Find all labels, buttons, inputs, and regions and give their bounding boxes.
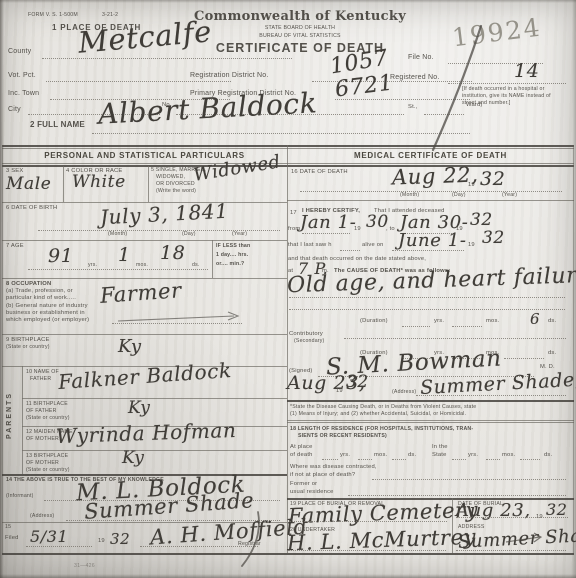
dotted-line [456,516,568,518]
date-of-birth-value: July 3, 1841 [99,199,229,230]
mother-birthplace-label: OF MOTHER [26,460,59,466]
dotted-line [424,113,464,115]
attended-from-value: Jan 1- [300,212,356,233]
dotted-line [322,458,338,460]
rule-line [22,398,287,399]
rule-line [2,240,287,241]
last-saw-label: that I last saw h [288,242,332,248]
dotted-line [289,296,565,298]
certify-item-number: 17 [290,210,297,216]
cause-footnote: (1) Means of Injury; and (2) whether Acc… [290,411,466,417]
filed-label: Filed [5,535,19,541]
dotted-line [372,478,566,480]
dotted-line [344,337,566,339]
last-saw-year: 32 [482,228,505,248]
age-years-value: 91 [48,245,73,267]
full-name-value: Albert Baldock [97,86,318,130]
year-sublabel: (Year) [232,231,247,237]
marital-label: OR DIVORCED [156,181,195,187]
occupation-line: particular kind of work..... [6,295,76,301]
rule-line [212,240,213,278]
ds-label: ds. [548,350,556,356]
in-the-state-label: In the [432,444,448,450]
filed-item-number: 15 [5,524,11,530]
sex-value: Male [6,174,51,194]
dotted-line [28,268,208,270]
father-name-label: 10 NAME OF [26,369,59,375]
year-prefix: 19 [468,182,475,188]
occupation-line: (b) General nature of industry [6,303,88,309]
scan-edge [0,574,576,578]
occupation-line: which employed (or employer) [6,317,89,323]
date-of-death-label: 16 DATE OF DEATH [291,169,348,175]
rule-line [63,166,64,202]
inc-town-label: Inc. Town [8,90,39,97]
attended-to-year: 32 [470,210,493,230]
signed-address-label: (Address) [392,389,416,395]
medical-section-title: MEDICAL CERTIFICATE OF DEATH [287,151,574,160]
year-prefix: 19 [354,226,361,232]
rule-line [22,366,23,474]
age-if-less-note: 1 day.... hrs. [216,252,248,258]
dotted-line [520,458,540,460]
birthplace-value: Ky [118,336,142,357]
date-of-death-value: Aug 22, [392,162,479,189]
scan-edge [572,0,576,578]
full-name-label: 2 FULL NAME [30,120,85,129]
dotted-line [448,82,566,84]
former-residence-label: Former or [290,481,317,487]
disease-contracted-label: if not at place of death? [290,472,355,478]
rule-line [22,450,287,451]
dotted-line [452,325,482,327]
rule-line [2,278,287,279]
form-footer-code: 31—426 [74,563,95,569]
dotted-line [452,458,466,460]
form-revision: 3-21-2 [102,12,118,18]
dotted-line [392,249,464,251]
rule-line [2,148,574,149]
alive-on-label: alive on [362,242,384,248]
state-or-country-sublabel: (State or country) [26,415,70,421]
dotted-line [486,458,500,460]
registration-district-label: Registration District No. [190,72,269,79]
disease-contracted-label: Where was disease contracted, [290,464,377,470]
dotted-line [340,249,360,251]
informant-label: (Informant) [6,493,34,499]
cause-footnote: *State the Disease Causing Death, or in … [290,404,476,410]
father-birthplace-label: 11 BIRTHPLACE [26,401,68,407]
dotted-line [289,308,565,310]
street-label: St., [408,104,418,110]
birthplace-label: 9 BIRTHPLACE [6,337,50,343]
mos-label: mos. [374,452,387,458]
state-or-country-sublabel: (State or country) [6,344,50,350]
file-no-label: File No. [408,54,434,61]
form-number: FORM V. S. 1-500M [28,12,78,18]
age-if-less-note: or.... min.? [216,261,244,267]
rule-line [287,422,574,423]
occupation-line: (a) Trade, profession, or [6,288,73,294]
date-of-death-year: 32 [480,168,505,190]
duration-label: (Duration) [360,318,388,324]
dotted-line [402,325,430,327]
scan-edge [0,0,4,578]
dotted-line [348,494,566,496]
column-divider [287,145,288,553]
age-days-value: 18 [160,242,185,264]
year-prefix: 19 [468,242,475,248]
dotted-line [300,190,562,192]
dotted-line [392,458,406,460]
dotted-line [302,232,350,234]
year-prefix: 19 [336,388,343,394]
dotted-line [46,80,231,82]
parents-vertical-label: PARENTS [6,392,13,439]
year-sublabel: (Year) [502,192,517,198]
dotted-line [92,132,470,134]
ds-label: ds. [544,452,552,458]
in-the-state-label: State [432,452,447,458]
death-certificate-scan: FORM V. S. 1-500M 3-21-2 1 PLACE OF DEAT… [0,0,576,578]
last-saw-value: June 1- [398,230,467,251]
dotted-line [456,549,566,551]
age-if-less-note: IF LESS than [216,243,250,249]
day-sublabel: (Day) [452,192,466,198]
length-of-residence-label: 18 LENGTH OF RESIDENCE (FOR HOSPITALS, I… [290,426,473,432]
state-or-country-sublabel: (State or country) [26,467,70,473]
bureau-label: BUREAU OF VITAL STATISTICS [178,33,422,39]
undertaker-address-label: ADDRESS [458,524,484,530]
father-birthplace-label: OF FATHER [26,408,57,414]
rule-line [287,200,574,201]
yrs-label: yrs. [340,452,350,458]
dotted-line [288,549,446,551]
scan-edge [0,0,576,3]
occupation-value: Farmer [99,278,182,308]
dotted-line [112,322,242,324]
marital-label: WIDOWED, [156,174,185,180]
day-sublabel: (Day) [182,231,196,237]
voting-precinct-label: Vot. Pct. [8,72,36,79]
city-label: City [8,106,21,113]
mos-label: mos. [502,452,515,458]
registered-no-label: Registered No. [390,74,440,81]
rule-line [2,334,287,335]
filed-year-value: 32 [110,530,130,548]
father-name-value: Falkner Baldock [57,358,232,394]
length-of-residence-label: SIENTS OR RECENT RESIDENTS) [298,433,387,439]
cause-of-death-value: Old age, and heart failure [287,263,576,299]
secondary-sublabel: (Secondary) [294,338,324,344]
rule-line [287,420,574,421]
mother-maiden-name-value: Wyrinda Hofman [56,418,237,448]
from-label: from [288,226,300,232]
stamp-certificate-number: 19924 [451,13,543,53]
state-board-label: STATE BOARD OF HEALTH [178,25,422,31]
month-sublabel: (Month) [108,231,127,237]
filed-year-prefix: 19 [98,538,105,544]
father-birthplace-value: Ky [128,398,150,418]
county-label: County [8,48,31,55]
contributory-label: Contributory [289,331,323,337]
signed-year-value: 32 [346,372,369,392]
father-name-label: FATHER [30,376,51,382]
duration-days-value: 6 [530,310,540,328]
marital-write-word-label: (Write the word) [156,188,196,194]
mother-birthplace-value: Ky [122,448,144,468]
at-place-label: of death [290,452,313,458]
informant-address-label: (Address) [30,513,54,519]
date-of-birth-label: 6 DATE OF BIRTH [6,205,57,211]
mos-label: mos. [486,318,499,324]
former-residence-label: usual residence [290,489,334,495]
rule-line [2,165,574,167]
dotted-line [504,357,544,359]
dotted-line [26,545,92,547]
dotted-line [289,520,447,522]
mother-maiden-name-label: OF MOTHER [26,436,59,442]
dotted-line [358,458,372,460]
age-months-value: 1 [118,244,131,266]
filed-date-value: 5/31 [30,527,68,546]
occupation-label: 8 OCCUPATION [6,281,51,287]
ward-label: Ward) [466,102,483,108]
mother-birthplace-label: 13 BIRTHPLACE [26,453,68,459]
age-label: 7 AGE [6,243,24,249]
registered-no-value: 14 [514,60,539,82]
month-sublabel: (Month) [400,192,419,198]
yrs-label: yrs. [434,318,444,324]
ds-label: ds. [548,318,556,324]
rule-line [148,166,149,202]
rule-line [2,163,574,164]
rule-line [287,400,574,402]
rule-line [2,145,574,147]
to-label: , to [386,226,395,232]
registrar-label: Registrar [238,541,261,547]
at-place-label: At place [290,444,313,450]
race-value: White [72,172,126,192]
yrs-label: yrs. [468,452,478,458]
commonwealth-title: Commonwealth of Kentucky [178,9,422,24]
ds-label: ds. [408,452,416,458]
occupation-line: business or establishment in [6,310,85,316]
